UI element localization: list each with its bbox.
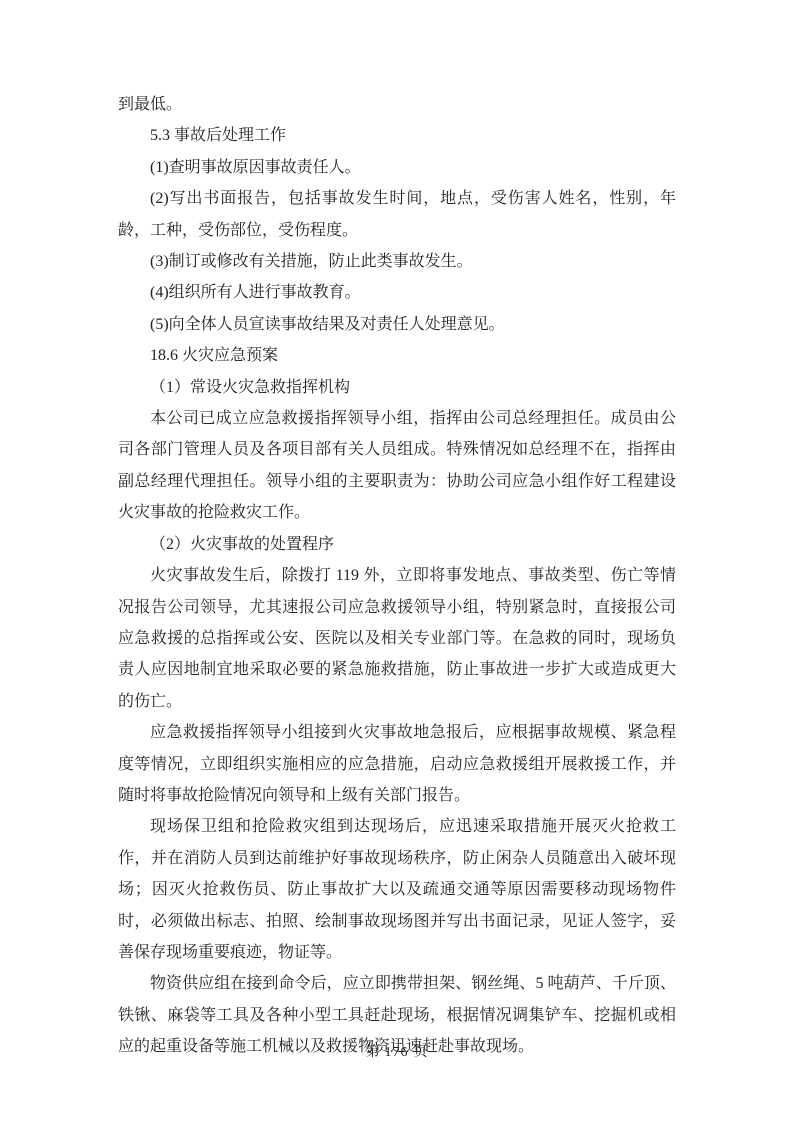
list-item-2: (2)写出书面报告，包括事故发生时间，地点，受伤害人姓名，性别，年龄，工种，受伤… <box>118 183 676 246</box>
list-item-1: (1)查明事故原因事故责任人。 <box>118 152 676 183</box>
footer-suffix: 页 <box>414 1045 428 1060</box>
heading-section-5-3: 5.3 事故后处理工作 <box>118 120 676 151</box>
list-item-4: (4)组织所有人进行事故教育。 <box>118 277 676 308</box>
document-body: 到最低。 5.3 事故后处理工作 (1)查明事故原因事故责任人。 (2)写出书面… <box>118 89 676 1063</box>
list-item-3: (3)制订或修改有关措施，防止此类事故发生。 <box>118 246 676 277</box>
footer-prefix: 第 <box>366 1045 380 1060</box>
heading-fire-command-org: （1）常设火灾急救指挥机构 <box>118 372 676 403</box>
heading-section-18-6: 18.6 火灾应急预案 <box>118 340 676 371</box>
paragraph-rescue-leadership: 应急救援指挥领导小组接到火灾事故地急报后，应根据事故规模、紧急程度等情况，立即组… <box>118 717 676 811</box>
paragraph-fire-report: 火灾事故发生后，除拨打 119 外，立即将事发地点、事故类型、伤亡等情况报告公司… <box>118 560 676 717</box>
paragraph-site-guard: 现场保卫组和抢险救灾组到达现场后，应迅速采取措施开展灭火抢救工作，并在消防人员到… <box>118 811 676 968</box>
page-footer: 第176页 <box>0 1041 793 1061</box>
document-page: 到最低。 5.3 事故后处理工作 (1)查明事故原因事故责任人。 (2)写出书面… <box>0 0 793 1122</box>
footer-page-number: 176 <box>385 1045 409 1060</box>
paragraph-continuation: 到最低。 <box>118 89 676 120</box>
paragraph-fire-command-org: 本公司已成立应急救援指挥领导小组，指挥由公司总经理担任。成员由公司各部门管理人员… <box>118 403 676 529</box>
list-item-5: (5)向全体人员宣读事故结果及对责任人处理意见。 <box>118 309 676 340</box>
heading-fire-disposal-procedure: （2）火灾事故的处置程序 <box>118 529 676 560</box>
